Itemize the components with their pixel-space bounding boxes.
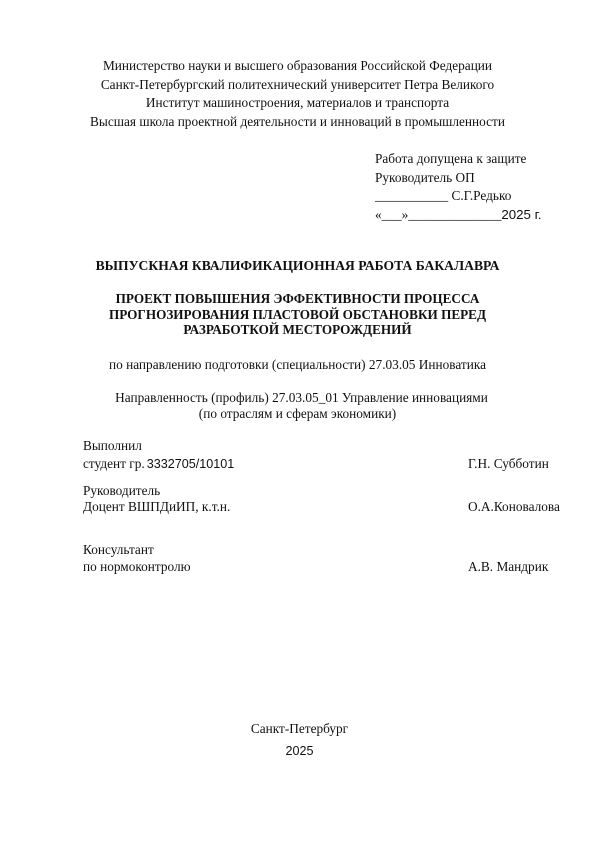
footer-year: 2025 bbox=[2, 745, 595, 758]
student-role: Выполнил bbox=[83, 439, 142, 452]
student-name: Г.Н. Субботин bbox=[468, 457, 549, 470]
approval-head: Руководитель ОП bbox=[375, 171, 475, 184]
date-day-blank: ___ bbox=[382, 207, 402, 222]
supervisor-role: Руководитель bbox=[83, 484, 160, 497]
student-position: студент гр.3332705/10101 bbox=[83, 457, 234, 471]
supervisor-name: О.А.Коновалова bbox=[468, 500, 560, 513]
signature-blank: ___________ bbox=[375, 188, 448, 203]
consultant-role: Консультант bbox=[83, 543, 154, 556]
supervisor-position: Доцент ВШПДиИП, к.т.н. bbox=[83, 500, 230, 513]
direction-line: по направлению подготовки (специальности… bbox=[0, 358, 595, 371]
date-month-blank: ______________ bbox=[408, 207, 501, 222]
approval-date-line: «___»______________2025 г. bbox=[375, 208, 542, 221]
signature-name: С.Г.Редько bbox=[451, 188, 511, 203]
header-university: Санкт-Петербургский политехнический унив… bbox=[0, 78, 595, 91]
consultant-position: по нормоконтролю bbox=[83, 560, 191, 573]
approval-admitted: Работа допущена к защите bbox=[375, 152, 526, 165]
topic-line-2: ПРОГНОЗИРОВАНИЯ ПЛАСТОВОЙ ОБСТАНОВКИ ПЕР… bbox=[0, 307, 595, 323]
approval-signature-line: ___________ С.Г.Редько bbox=[375, 189, 511, 202]
header-school: Высшая школа проектной деятельности и ин… bbox=[0, 115, 595, 128]
header-institute: Институт машиностроения, материалов и тр… bbox=[0, 96, 595, 109]
topic-line-1: ПРОЕКТ ПОВЫШЕНИЯ ЭФФЕКТИВНОСТИ ПРОЦЕССА bbox=[0, 291, 595, 307]
student-group-number: 3332705/10101 bbox=[147, 457, 235, 471]
consultant-name: А.В. Мандрик bbox=[468, 560, 548, 573]
profile-line-2: (по отраслям и сферам экономики) bbox=[0, 407, 595, 420]
date-open-quote: « bbox=[375, 207, 382, 222]
footer-city: Санкт-Петербург bbox=[2, 722, 595, 735]
header-ministry: Министерство науки и высшего образования… bbox=[0, 59, 595, 72]
profile-line-1: Направленность (профиль) 27.03.05_01 Упр… bbox=[4, 391, 595, 404]
topic-line-3: РАЗРАБОТКОЙ МЕСТОРОЖДЕНИЙ bbox=[0, 322, 595, 338]
date-year: 2025 г. bbox=[501, 207, 541, 222]
work-type-title: ВЫПУСКНАЯ КВАЛИФИКАЦИОННАЯ РАБОТА БАКАЛА… bbox=[0, 259, 595, 273]
student-group-prefix: студент гр. bbox=[83, 456, 145, 471]
